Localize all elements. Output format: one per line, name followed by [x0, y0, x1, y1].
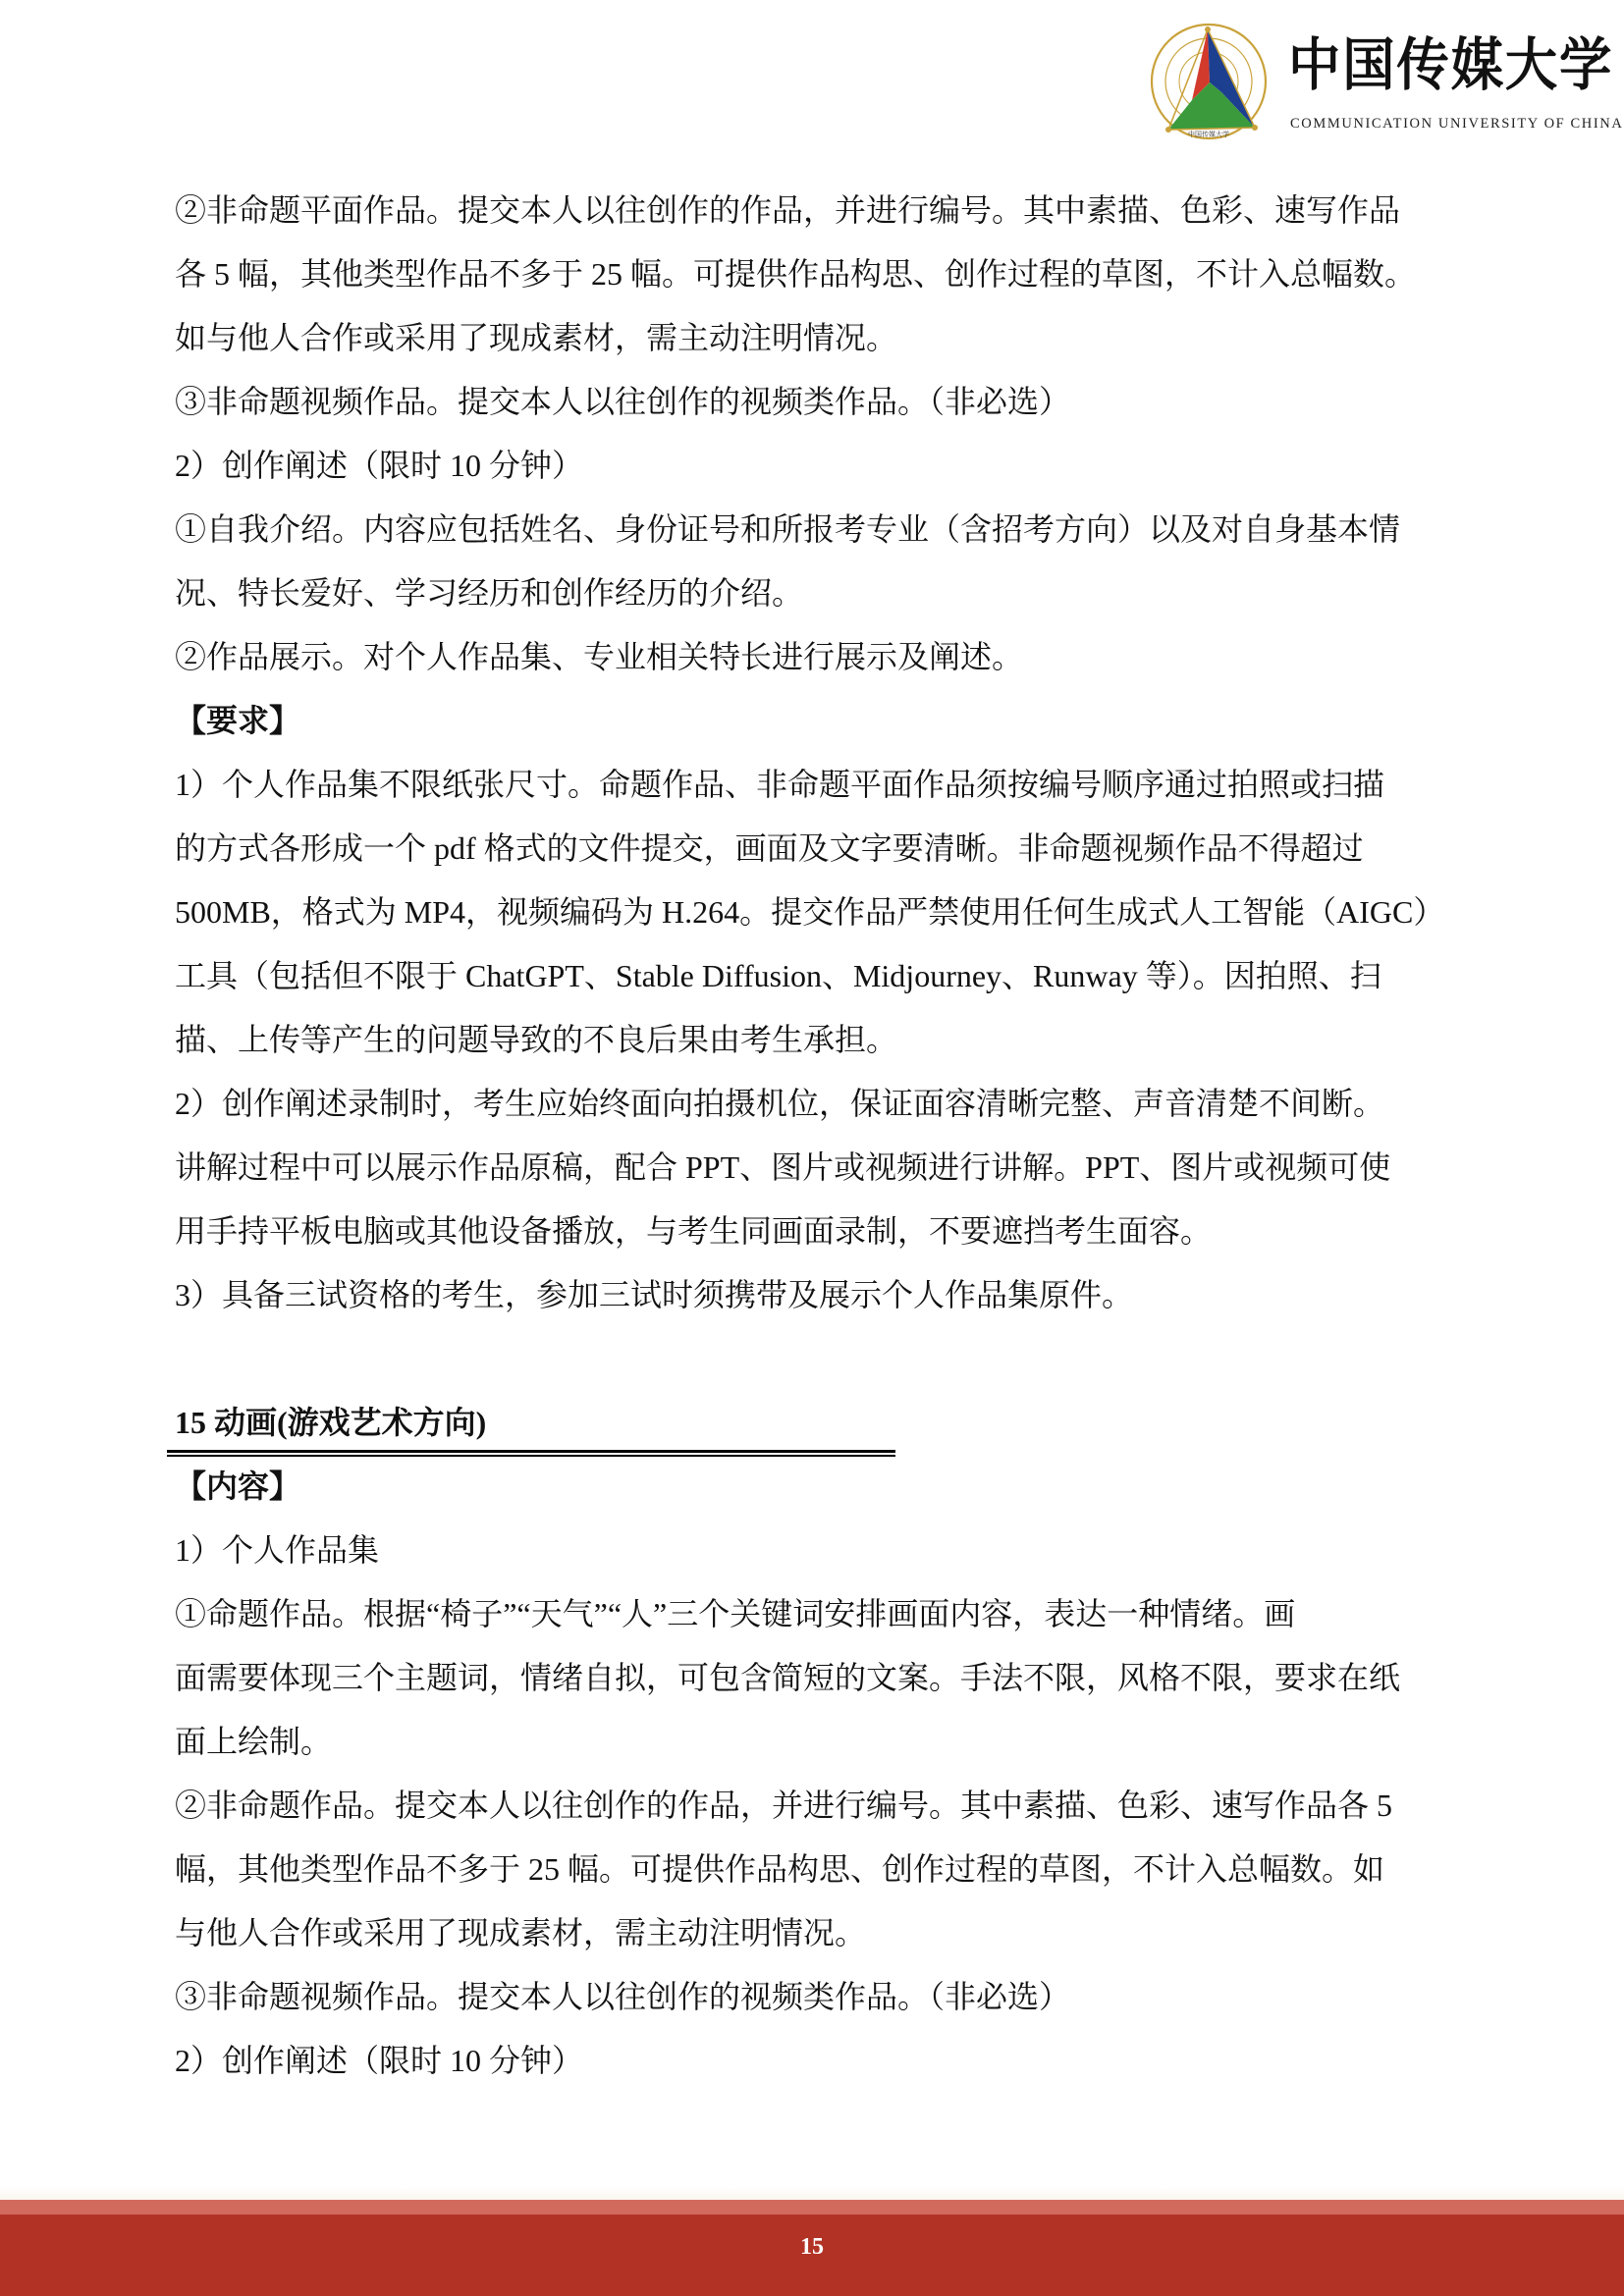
section-title-double-rule	[167, 1450, 895, 1458]
section-title: 15 动画(游戏艺术方向)	[175, 1391, 1451, 1450]
paragraph-line: 2）创作阐述（限时 10 分钟）	[175, 434, 1451, 498]
content-line: 2）创作阐述（限时 10 分钟）	[175, 2029, 1451, 2093]
logo-chinese-name: 中国传媒大学	[1288, 31, 1613, 98]
requirement-line: 2）创作阐述录制时，考生应始终面向拍摄机位，保证面容清晰完整、声音清楚不间断。	[175, 1072, 1451, 1136]
paragraph-line: ②作品展示。对个人作品集、专业相关特长进行展示及阐述。	[175, 625, 1451, 689]
content-line: 面上绘制。	[175, 1710, 1451, 1774]
footer-band-light	[0, 2200, 1624, 2215]
document-body: ②非命题平面作品。提交本人以往创作的作品，并进行编号。其中素描、色彩、速写作品 …	[175, 179, 1451, 2093]
content-line: ②非命题作品。提交本人以往创作的作品，并进行编号。其中素描、色彩、速写作品各 5	[175, 1774, 1451, 1838]
paragraph-line: 各 5 幅，其他类型作品不多于 25 幅。可提供作品构思、创作过程的草图，不计入…	[175, 242, 1451, 306]
footer-fade	[0, 2187, 1624, 2200]
requirements-heading: 【要求】	[175, 689, 1451, 753]
requirement-line: 3）具备三试资格的考生，参加三试时须携带及展示个人作品集原件。	[175, 1263, 1451, 1327]
requirement-line: 描、上传等产生的问题导致的不良后果由考生承担。	[175, 1008, 1451, 1072]
content-line: 1）个人作品集	[175, 1519, 1451, 1582]
paragraph-line: ②非命题平面作品。提交本人以往创作的作品，并进行编号。其中素描、色彩、速写作品	[175, 179, 1451, 242]
logo-english-name: COMMUNICATION UNIVERSITY OF CHINA	[1290, 116, 1623, 133]
content-line: ③非命题视频作品。提交本人以往创作的视频类作品。（非必选）	[175, 1965, 1451, 2029]
requirement-line: 的方式各形成一个 pdf 格式的文件提交，画面及文字要清晰。非命题视频作品不得超…	[175, 817, 1451, 881]
university-logo: 中国传媒大学 中国传媒大学 COMMUNICATION UNIVERSITY O…	[1149, 22, 1577, 141]
paragraph-line: 况、特长爱好、学习经历和创作经历的介绍。	[175, 561, 1451, 625]
svg-text:中国传媒大学: 中国传媒大学	[1188, 130, 1229, 138]
content-line: ①命题作品。根据“椅子”“天气”“人”三个关键词安排画面内容，表达一种情绪。画	[175, 1582, 1451, 1646]
paragraph-line: 如与他人合作或采用了现成素材，需主动注明情况。	[175, 306, 1451, 370]
requirement-line: 讲解过程中可以展示作品原稿，配合 PPT、图片或视频进行讲解。PPT、图片或视频…	[175, 1136, 1451, 1200]
content-line: 面需要体现三个主题词，情绪自拟，可包含简短的文案。手法不限，风格不限，要求在纸	[175, 1646, 1451, 1710]
paragraph-line: ③非命题视频作品。提交本人以往创作的视频类作品。（非必选）	[175, 370, 1451, 434]
paragraph-line: ①自我介绍。内容应包括姓名、身份证号和所报考专业（含招考方向）以及对自身基本情	[175, 498, 1451, 561]
content-line: 与他人合作或采用了现成素材，需主动注明情况。	[175, 1901, 1451, 1965]
university-emblem-icon: 中国传媒大学	[1149, 22, 1269, 141]
content-line: 幅，其他类型作品不多于 25 幅。可提供作品构思、创作过程的草图，不计入总幅数。…	[175, 1838, 1451, 1901]
section-spacer	[175, 1327, 1451, 1391]
requirement-line: 用手持平板电脑或其他设备播放，与考生同画面录制，不要遮挡考生面容。	[175, 1200, 1451, 1263]
requirement-line: 工具（包括但不限于 ChatGPT、Stable Diffusion、Midjo…	[175, 944, 1451, 1008]
requirement-line: 500MB，格式为 MP4，视频编码为 H.264。提交作品严禁使用任何生成式人…	[175, 881, 1451, 944]
content-heading: 【内容】	[175, 1455, 1451, 1519]
requirement-line: 1）个人作品集不限纸张尺寸。命题作品、非命题平面作品须按编号顺序通过拍照或扫描	[175, 753, 1451, 817]
page-number: 15	[0, 2234, 1624, 2261]
